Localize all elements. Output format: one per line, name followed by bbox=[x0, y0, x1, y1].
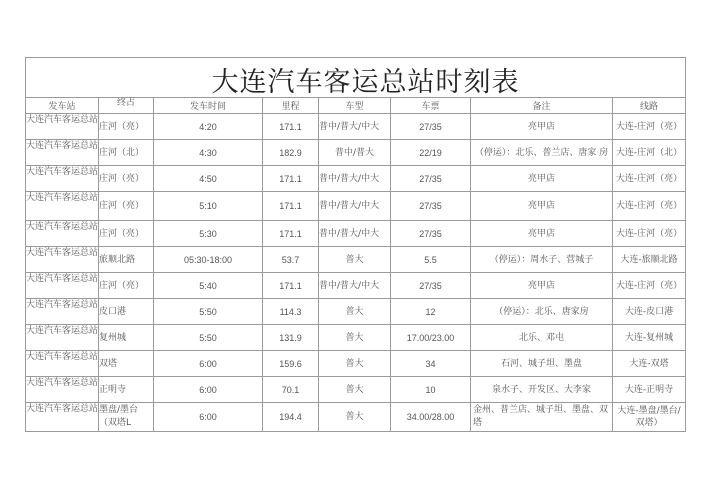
table-row: 大连汽车客运总站 庄河（亮） 5:40 171.1 普中/普大/中大 27/35… bbox=[26, 273, 686, 299]
cell-fare: 5.5 bbox=[391, 247, 471, 273]
cell-origin: 大连汽车客运总站 bbox=[26, 114, 99, 140]
cell-destination: 庄河（亮） bbox=[99, 273, 154, 299]
cell-notes: 亮甲店 bbox=[471, 273, 613, 299]
cell-fare: 34 bbox=[391, 351, 471, 377]
cell-route: 大连-旅顺北路 bbox=[613, 247, 686, 273]
cell-notes: 亮甲店 bbox=[471, 114, 613, 140]
cell-destination: 复州城 bbox=[99, 325, 154, 351]
cell-distance: 70.1 bbox=[263, 377, 319, 403]
cell-origin: 大连汽车客运总站 bbox=[26, 403, 99, 432]
cell-vehicle-type: 普大 bbox=[319, 247, 391, 273]
cell-notes: 亮甲店 bbox=[471, 221, 613, 247]
cell-route: 大连-墨盘/墨台/双塔） bbox=[613, 403, 686, 432]
cell-route: 大连-庄河（北） bbox=[613, 140, 686, 166]
cell-distance: 171.1 bbox=[263, 221, 319, 247]
cell-time: 6:00 bbox=[154, 403, 263, 432]
cell-notes: （停运）：北乐、普兰店、唐家 房 bbox=[471, 140, 613, 166]
cell-distance: 182.9 bbox=[263, 140, 319, 166]
cell-destination: 庄河（亮） bbox=[99, 192, 154, 221]
cell-notes: 亮甲店 bbox=[471, 192, 613, 221]
table-row: 大连汽车客运总站 庄河（北） 4:30 182.9 普中/普大 22/19 （停… bbox=[26, 140, 686, 166]
cell-vehicle-type: 普中/普大/中大 bbox=[319, 114, 391, 140]
table-row: 大连汽车客运总站 双塔 6:00 159.6 普大 34 石河、城子坦、墨盘 大… bbox=[26, 351, 686, 377]
cell-vehicle-type: 普中/普大/中大 bbox=[319, 166, 391, 192]
table-row: 大连汽车客运总站 复州城 5:50 131.9 普大 17.00/23.00 北… bbox=[26, 325, 686, 351]
cell-route: 大连-皮口港 bbox=[613, 299, 686, 325]
cell-distance: 53.7 bbox=[263, 247, 319, 273]
table-row: 大连汽车客运总站 皮口港 5:50 114.3 普大 12 （停运）：北乐、唐家… bbox=[26, 299, 686, 325]
cell-destination: 旅顺北路 bbox=[99, 247, 154, 273]
header-row: 发车站 终占 发车时间 里程 车型 车票 备注 线路 bbox=[26, 98, 686, 114]
cell-time: 4:20 bbox=[154, 114, 263, 140]
cell-time: 5:40 bbox=[154, 273, 263, 299]
cell-vehicle-type: 普大 bbox=[319, 325, 391, 351]
cell-distance: 171.1 bbox=[263, 166, 319, 192]
cell-origin: 大连汽车客运总站 bbox=[26, 377, 99, 403]
col-header-distance: 里程 bbox=[263, 98, 319, 114]
table-row: 大连汽车客运总站 庄河（亮） 5:10 171.1 普中/普大/中大 27/35… bbox=[26, 192, 686, 221]
cell-fare: 22/19 bbox=[391, 140, 471, 166]
cell-route: 大连-庄河（亮） bbox=[613, 273, 686, 299]
cell-origin: 大连汽车客运总站 bbox=[26, 325, 99, 351]
cell-vehicle-type: 普中/普大/中大 bbox=[319, 273, 391, 299]
cell-vehicle-type: 普大 bbox=[319, 403, 391, 432]
cell-route: 大连-双塔 bbox=[613, 351, 686, 377]
cell-origin: 大连汽车客运总站 bbox=[26, 166, 99, 192]
cell-destination: 正明寺 bbox=[99, 377, 154, 403]
cell-route: 大连-庄河（亮） bbox=[613, 166, 686, 192]
cell-time: 4:50 bbox=[154, 166, 263, 192]
cell-fare: 27/35 bbox=[391, 114, 471, 140]
cell-distance: 194.4 bbox=[263, 403, 319, 432]
cell-destination: 庄河（亮） bbox=[99, 166, 154, 192]
cell-time: 5:10 bbox=[154, 192, 263, 221]
cell-distance: 171.1 bbox=[263, 114, 319, 140]
cell-fare: 27/35 bbox=[391, 221, 471, 247]
cell-route: 大连-庄河（亮） bbox=[613, 221, 686, 247]
cell-fare: 10 bbox=[391, 377, 471, 403]
col-header-vehicle-type: 车型 bbox=[319, 98, 391, 114]
col-header-notes: 备注 bbox=[471, 98, 613, 114]
page-title: 大连汽车客运总站时刻表 bbox=[212, 67, 520, 98]
cell-vehicle-type: 普大 bbox=[319, 377, 391, 403]
cell-notes: 亮甲店 bbox=[471, 166, 613, 192]
cell-origin: 大连汽车客运总站 bbox=[26, 192, 99, 221]
col-header-destination: 终占 bbox=[99, 98, 154, 114]
cell-destination: 庄河（亮） bbox=[99, 114, 154, 140]
cell-notes: （停运）：周水子、营城子 bbox=[471, 247, 613, 273]
col-header-departure-time: 发车时间 bbox=[154, 98, 263, 114]
cell-notes: 北乐、邓屯 bbox=[471, 325, 613, 351]
cell-notes: 石河、城子坦、墨盘 bbox=[471, 351, 613, 377]
cell-fare: 27/35 bbox=[391, 273, 471, 299]
col-header-origin: 发车站 bbox=[26, 98, 99, 114]
cell-time: 4:30 bbox=[154, 140, 263, 166]
cell-vehicle-type: 普中/普大/中大 bbox=[319, 192, 391, 221]
cell-origin: 大连汽车客运总站 bbox=[26, 221, 99, 247]
cell-notes: （停运）：北乐、唐家房 bbox=[471, 299, 613, 325]
cell-origin: 大连汽车客运总站 bbox=[26, 247, 99, 273]
cell-vehicle-type: 普大 bbox=[319, 351, 391, 377]
cell-time: 6:00 bbox=[154, 351, 263, 377]
cell-distance: 114.3 bbox=[263, 299, 319, 325]
cell-distance: 131.9 bbox=[263, 325, 319, 351]
col-header-fare: 车票 bbox=[391, 98, 471, 114]
cell-fare: 17.00/23.00 bbox=[391, 325, 471, 351]
cell-vehicle-type: 普大 bbox=[319, 299, 391, 325]
cell-destination: 双塔 bbox=[99, 351, 154, 377]
table-row: 大连汽车客运总站 庄河（亮） 4:20 171.1 普中/普大/中大 27/35… bbox=[26, 114, 686, 140]
table-row: 大连汽车客运总站 墨盘/墨台（双塔L 6:00 194.4 普大 34.00/2… bbox=[26, 403, 686, 432]
cell-time: 6:00 bbox=[154, 377, 263, 403]
cell-destination: 庄河（亮） bbox=[99, 221, 154, 247]
cell-fare: 27/35 bbox=[391, 166, 471, 192]
cell-origin: 大连汽车客运总站 bbox=[26, 140, 99, 166]
cell-distance: 159.6 bbox=[263, 351, 319, 377]
cell-fare: 27/35 bbox=[391, 192, 471, 221]
cell-vehicle-type: 普中/普大/中大 bbox=[319, 221, 391, 247]
cell-time: 5:30 bbox=[154, 221, 263, 247]
cell-distance: 171.1 bbox=[263, 192, 319, 221]
cell-origin: 大连汽车客运总站 bbox=[26, 299, 99, 325]
timetable: 大连汽车客运总站时刻表 发车站 终占 发车时间 里程 车型 车票 备注 线路 大… bbox=[25, 57, 686, 432]
cell-route: 大连-正明寺 bbox=[613, 377, 686, 403]
cell-destination: 庄河（北） bbox=[99, 140, 154, 166]
cell-vehicle-type: 普中/普大 bbox=[319, 140, 391, 166]
cell-time: 5:50 bbox=[154, 299, 263, 325]
cell-origin: 大连汽车客运总站 bbox=[26, 351, 99, 377]
cell-time: 5:50 bbox=[154, 325, 263, 351]
cell-route: 大连-复州城 bbox=[613, 325, 686, 351]
col-header-route: 线路 bbox=[613, 98, 686, 114]
cell-time: 05:30-18:00 bbox=[154, 247, 263, 273]
cell-notes: 金州、普兰店、城子坦、墨盘、双塔 bbox=[471, 403, 613, 432]
title-row: 大连汽车客运总站时刻表 bbox=[26, 58, 686, 98]
cell-destination: 墨盘/墨台（双塔L bbox=[99, 403, 154, 432]
cell-fare: 34.00/28.00 bbox=[391, 403, 471, 432]
table-row: 大连汽车客运总站 旅顺北路 05:30-18:00 53.7 普大 5.5 （停… bbox=[26, 247, 686, 273]
table-row: 大连汽车客运总站 庄河（亮） 4:50 171.1 普中/普大/中大 27/35… bbox=[26, 166, 686, 192]
cell-destination: 皮口港 bbox=[99, 299, 154, 325]
cell-origin: 大连汽车客运总站 bbox=[26, 273, 99, 299]
cell-route: 大连-庄河（亮） bbox=[613, 192, 686, 221]
cell-fare: 12 bbox=[391, 299, 471, 325]
table-row: 大连汽车客运总站 正明寺 6:00 70.1 普大 10 泉水子、开发区、大李家… bbox=[26, 377, 686, 403]
cell-route: 大连-庄河（亮） bbox=[613, 114, 686, 140]
cell-distance: 171.1 bbox=[263, 273, 319, 299]
table-row: 大连汽车客运总站 庄河（亮） 5:30 171.1 普中/普大/中大 27/35… bbox=[26, 221, 686, 247]
cell-notes: 泉水子、开发区、大李家 bbox=[471, 377, 613, 403]
